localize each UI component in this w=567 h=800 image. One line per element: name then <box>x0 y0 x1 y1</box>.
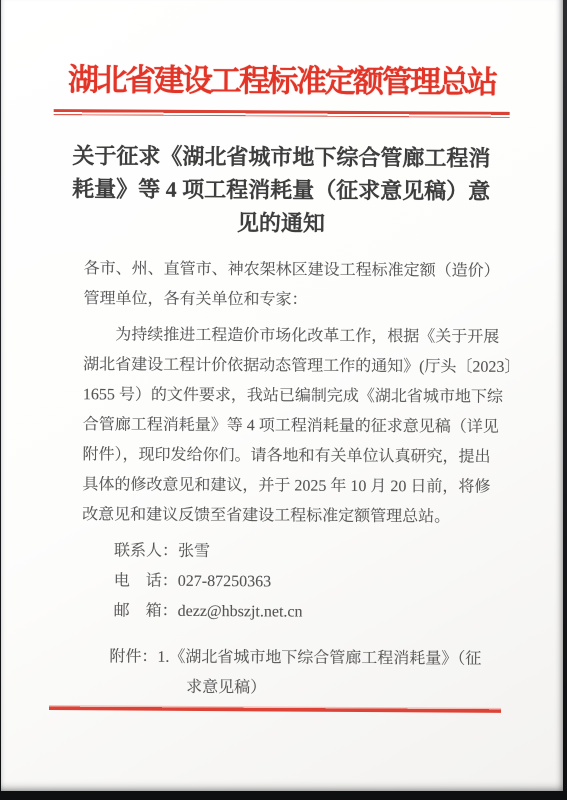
page-content: 湖北省建设工程标准定额管理总站 关于征求《湖北省城市地下综合管廊工程消 耗量》等… <box>0 0 563 794</box>
paragraph-line: 合管廊工程消耗量》等 4 项工程消耗量的征求意见稿（详见 <box>83 410 531 443</box>
document-title: 关于征求《湖北省城市地下综合管廊工程消 耗量》等 4 项工程消耗量（征求意见稿）… <box>0 139 562 241</box>
salutation: 各市、州、直管市、神农架林区建设工程标准定额（造价） 管理单位，各有关单位和专家… <box>83 254 531 317</box>
document-page: 湖北省建设工程标准定额管理总站 关于征求《湖北省城市地下综合管廊工程消 耗量》等… <box>1 0 563 791</box>
main-paragraph: 为持续推进工程造价市场化改革工作，根据《关于开展 湖北省建设工程计价依据动态管理… <box>82 320 531 533</box>
scanned-photo-background: 湖北省建设工程标准定额管理总站 关于征求《湖北省城市地下综合管廊工程消 耗量》等… <box>0 0 567 800</box>
attachment-line: 求意见稿） <box>81 672 529 705</box>
document-title-line: 关于征求《湖北省城市地下综合管廊工程消 <box>0 139 562 175</box>
contact-phone-row: 电 话：027-87250363 <box>114 566 530 599</box>
salutation-line: 各市、州、直管市、神农架林区建设工程标准定额（造价） <box>84 254 532 287</box>
contact-email-label: 邮 箱： <box>114 602 178 619</box>
contact-block: 联系人：张雪 电 话：027-87250363 邮 箱：dezz@hbszjt.… <box>82 536 531 629</box>
contact-phone-label: 电 话： <box>114 572 178 589</box>
footer-divider-rule <box>49 705 501 713</box>
paragraph-line: 具体的修改意见和建议，并于 2025 年 10 月 20 日前，将修 <box>82 470 530 503</box>
contact-person-value: 张雪 <box>178 543 210 560</box>
contact-phone-value: 027-87250363 <box>178 573 271 591</box>
salutation-line: 管理单位，各有关单位和专家： <box>83 284 531 317</box>
paragraph-line: 附件），现印发给你们。请各地和有关单位认真研究，提出 <box>82 440 530 473</box>
paragraph-line: 1655 号）的文件要求，我站已编制完成《湖北省城市地下综 <box>83 380 531 413</box>
paragraph-line: 湖北省建设工程计价依据动态管理工作的通知》(厅头〔2023〕 <box>83 350 531 383</box>
contact-email-row: 邮 箱：dezz@hbszjt.net.cn <box>114 596 530 629</box>
paragraph-line: 改意见和建议反馈至省建设工程标准定额管理总站。 <box>82 500 530 533</box>
document-title-line: 见的通知 <box>0 205 562 241</box>
contact-person-label: 联系人： <box>114 542 178 559</box>
letterhead-divider-rule <box>54 109 510 118</box>
paragraph-line: 为持续推进工程造价市场化改革工作，根据《关于开展 <box>83 320 531 353</box>
contact-email-value: dezz@hbszjt.net.cn <box>178 603 303 621</box>
document-title-line: 耗量》等 4 项工程消耗量（征求意见稿）意 <box>0 172 562 208</box>
attachment-line: 附件：1.《湖北省城市地下综合管廊工程消耗量》（征 <box>81 642 529 675</box>
letterhead-org-name: 湖北省建设工程标准定额管理总站 <box>1 0 564 103</box>
document-body: 各市、州、直管市、神农架林区建设工程标准定额（造价） 管理单位，各有关单位和专家… <box>81 254 532 705</box>
attachment-block: 附件：1.《湖北省城市地下综合管廊工程消耗量》（征 求意见稿） <box>81 642 529 705</box>
contact-person-row: 联系人：张雪 <box>114 536 530 569</box>
